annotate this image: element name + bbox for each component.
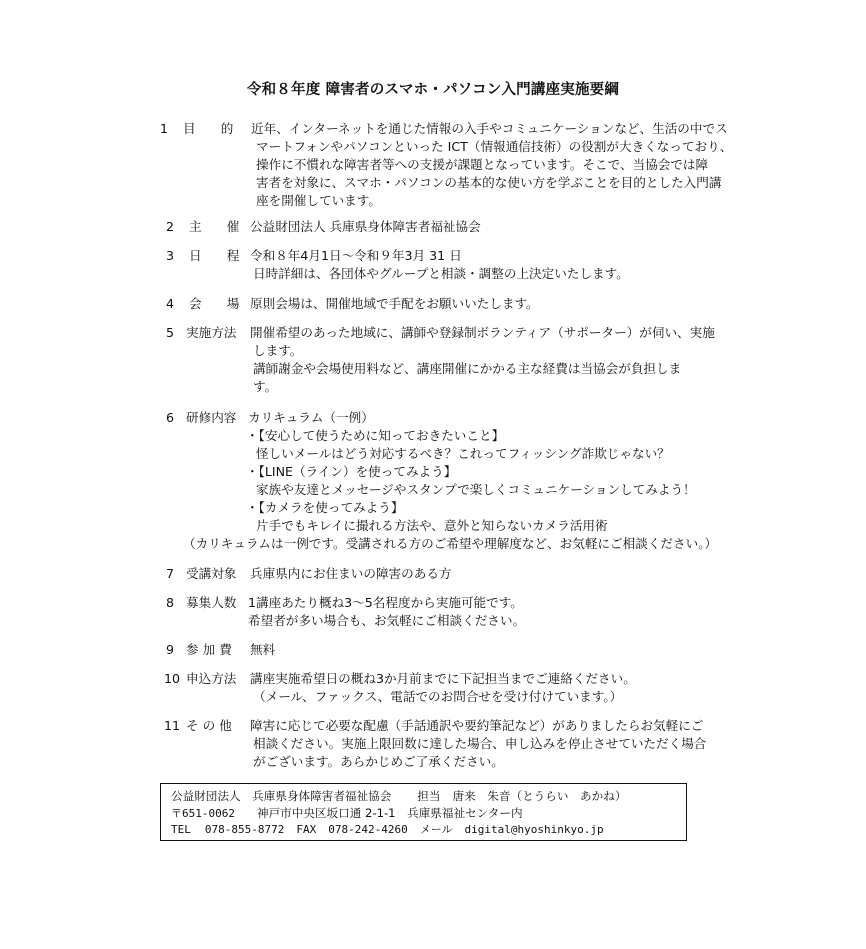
section-label: 会 場 — [189, 295, 239, 313]
section-label: 参 加 費 — [186, 641, 232, 659]
section-body: 障害に応じて必要な配慮（手話通訳や要約筆記など）がありましたらお気軽にご 相談く… — [250, 717, 706, 771]
body-line: （メール、ファックス、電話でのお問合せを受け付けています。） — [250, 688, 636, 706]
curriculum-item: ・【カメラを使ってみよう】 片手でもキレイに撮れる方法や、意外と知らないカメラ活… — [248, 499, 696, 535]
contact-organization-line: 公益財団法人 兵庫県身体障害者福祉協会担当唐来 朱音（とうらい あかね） — [171, 788, 686, 805]
body-line: 無料 — [250, 641, 275, 659]
curriculum-item: ・【安心して使うために知っておきたいこと】 怪しいメールはどう対応するべき？これ… — [248, 427, 696, 463]
curriculum-heading: ・【LINE（ライン）を使ってみよう】 — [246, 463, 696, 481]
section-label: 目 的 — [183, 120, 233, 138]
section-body: 無料 — [250, 641, 275, 659]
section-label: 主 催 — [189, 218, 239, 236]
curriculum-note: （カリキュラムは一例です。受講される方のご希望や理解度など、お気軽にご相談くださ… — [183, 535, 717, 553]
section-number: 11 — [164, 717, 184, 735]
section-number: 1 — [160, 120, 180, 138]
section-number: 9 — [166, 641, 186, 659]
section-label: 実施方法 — [186, 324, 236, 342]
body-line: 原則会場は、開催地域で手配をお願いいたします。 — [250, 295, 539, 313]
section-body: 兵庫県内にお住まいの障害のある方 — [250, 565, 452, 583]
address: 神戸市中央区坂口通 2-1-1 兵庫県福祉センター内 — [257, 806, 523, 820]
section-number: 2 — [166, 218, 186, 236]
section-number: 10 — [164, 670, 184, 688]
section-body: 講座実施希望日の概ね3か月前までに下記担当までご連絡ください。 （メール、ファッ… — [250, 670, 636, 706]
tel-label: TEL — [171, 823, 191, 836]
curriculum-heading: ・【カメラを使ってみよう】 — [246, 499, 696, 517]
body-line: がございます。あらかじめご了承ください。 — [250, 753, 706, 771]
contact-box: 公益財団法人 兵庫県身体障害者福祉協会担当唐来 朱音（とうらい あかね） 〒65… — [160, 783, 687, 841]
body-line: 公益財団法人 兵庫県身体障害者福祉協会 — [250, 218, 481, 236]
section-label: 日 程 — [189, 247, 239, 265]
body-line: 近年、インターネットを通じた情報の入手やコミュニケーションなど、生活の中でス — [251, 120, 732, 138]
person-label: 担当 — [417, 789, 440, 803]
email-label: メール — [420, 823, 453, 836]
curriculum-heading: ・【安心して使うために知っておきたいこと】 — [246, 427, 696, 445]
section-label: 受講対象 — [186, 565, 236, 583]
section-body: 近年、インターネットを通じた情報の入手やコミュニケーションなど、生活の中でス マ… — [251, 120, 732, 210]
curriculum-description: 家族や友達とメッセージやスタンプで楽しくコミュニケーションしてみよう！ — [248, 481, 696, 499]
section-number: 7 — [166, 565, 186, 583]
section-body: 令和８年4月1日～令和９年3月 31 日 日時詳細は、各団体やグループと相談・調… — [250, 247, 629, 283]
contact-address-line: 〒651-0062神戸市中央区坂口通 2-1-1 兵庫県福祉センター内 — [171, 805, 686, 823]
section-label: 募集人数 — [186, 594, 236, 612]
body-line: 講座実施希望日の概ね3か月前までに下記担当までご連絡ください。 — [250, 670, 636, 688]
fax-label: FAX — [296, 823, 316, 836]
body-line: す。 — [250, 378, 715, 396]
section-number: 3 — [166, 247, 186, 265]
contact-phone-line: TEL078-855-8772FAX078-242-4260メールdigital… — [171, 822, 686, 839]
body-line: します。 — [250, 342, 715, 360]
curriculum-item: ・【LINE（ライン）を使ってみよう】 家族や友達とメッセージやスタンプで楽しく… — [248, 463, 696, 499]
section-body: カリキュラム（一例） ・【安心して使うために知っておきたいこと】 怪しいメールは… — [248, 409, 696, 535]
body-line: 令和８年4月1日～令和９年3月 31 日 — [250, 247, 629, 265]
section-number: 5 — [166, 324, 186, 342]
section-number: 6 — [166, 409, 186, 427]
section-label: 申込方法 — [186, 670, 236, 688]
section-label: 研修内容 — [186, 409, 236, 427]
body-line: 希望者が多い場合も、お気軽にご相談ください。 — [248, 612, 525, 630]
body-line: 相談ください。実施上限回数に達した場合、申し込みを停止させていただく場合 — [250, 735, 706, 753]
section-number: 4 — [166, 295, 186, 313]
body-line: 開催希望のあった地域に、講師や登録制ボランティア（サポーター）が伺い、実施 — [250, 324, 715, 342]
section-body: 1講座あたり概ね3～5名程度から実施可能です。 希望者が多い場合も、お気軽にご相… — [248, 594, 525, 630]
fax-number: 078-242-4260 — [328, 823, 407, 836]
document-title: 令和８年度 障害者のスマホ・パソコン入門講座実施要綱 — [0, 78, 866, 99]
body-line: 害者を対象に、スマホ・パソコンの基本的な使い方を学ぶことを目的とした入門講 — [251, 174, 732, 192]
curriculum-description: 怪しいメールはどう対応するべき？これってフィッシング詐欺じゃない？ — [248, 445, 696, 463]
section-body: 開催希望のあった地域に、講師や登録制ボランティア（サポーター）が伺い、実施 しま… — [250, 324, 715, 396]
body-line: マートフォンやパソコンといった ICT（情報通信技術）の役割が大きくなっており、 — [251, 138, 732, 156]
curriculum-description: 片手でもキレイに撮れる方法や、意外と知らないカメラ活用術 — [248, 517, 696, 535]
body-line: 障害に応じて必要な配慮（手話通訳や要約筆記など）がありましたらお気軽にご — [250, 717, 706, 735]
body-line: 兵庫県内にお住まいの障害のある方 — [250, 565, 452, 583]
tel-number: 078-855-8772 — [205, 823, 284, 836]
body-line: 1講座あたり概ね3～5名程度から実施可能です。 — [248, 594, 525, 612]
section-number: 8 — [166, 594, 186, 612]
body-line: 講師謝金や会場使用料など、講座開催にかかる主な経費は当協会が負担しま — [250, 360, 715, 378]
organization-name: 公益財団法人 兵庫県身体障害者福祉協会 — [171, 789, 391, 803]
section-body: 原則会場は、開催地域で手配をお願いいたします。 — [250, 295, 539, 313]
person-name: 唐来 朱音（とうらい あかね） — [453, 789, 627, 803]
postal-code: 〒651-0062 — [171, 807, 235, 820]
email-address: digital@hyoshinkyo.jp — [465, 823, 604, 836]
body-line: 座を開催しています。 — [251, 192, 732, 210]
body-line: 日時詳細は、各団体やグループと相談・調整の上決定いたします。 — [250, 265, 629, 283]
section-label: そ の 他 — [186, 717, 232, 735]
body-line: 操作に不慣れな障害者等への支援が課題となっています。そこで、当協会では障 — [251, 156, 732, 174]
curriculum-intro: カリキュラム（一例） — [248, 409, 696, 427]
section-body: 公益財団法人 兵庫県身体障害者福祉協会 — [250, 218, 481, 236]
